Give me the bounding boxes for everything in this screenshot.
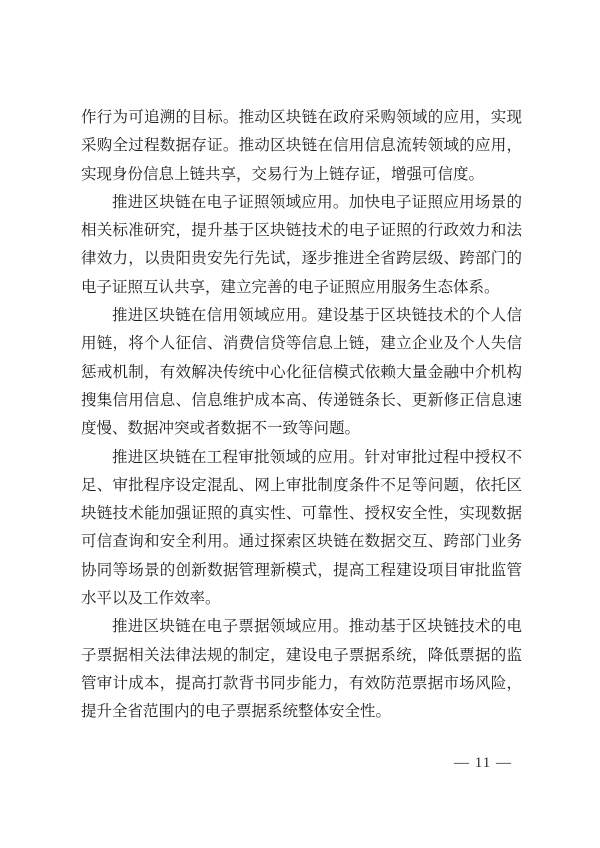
document-content: 作行为可追溯的目标。推动区块链在政府采购领域的应用，实现采购全过程数据存证。推动…: [81, 104, 522, 727]
paragraph-electronic-license: 推进区块链在电子证照领域应用。加快电子证照应用场景的相关标准研究，提升基于区块链…: [81, 189, 522, 302]
paragraph-credit-domain: 推进区块链在信用领域应用。建设基于区块链技术的个人信用链，将个人征信、消费信贷等…: [81, 302, 522, 443]
document-page: 作行为可追溯的目标。推动区块链在政府采购领域的应用，实现采购全过程数据存证。推动…: [0, 0, 600, 848]
paragraph-procurement-credit-continuation: 作行为可追溯的目标。推动区块链在政府采购领域的应用，实现采购全过程数据存证。推动…: [81, 104, 522, 189]
paragraph-project-approval: 推进区块链在工程审批领域的应用。针对审批过程中授权不足、审批程序设定混乱、网上审…: [81, 444, 522, 614]
paragraph-electronic-bill: 推进区块链在电子票据领域应用。推动基于区块链技术的电子票据相关法律法规的制定，建…: [81, 613, 522, 726]
page-number: — 11 —: [454, 753, 512, 773]
